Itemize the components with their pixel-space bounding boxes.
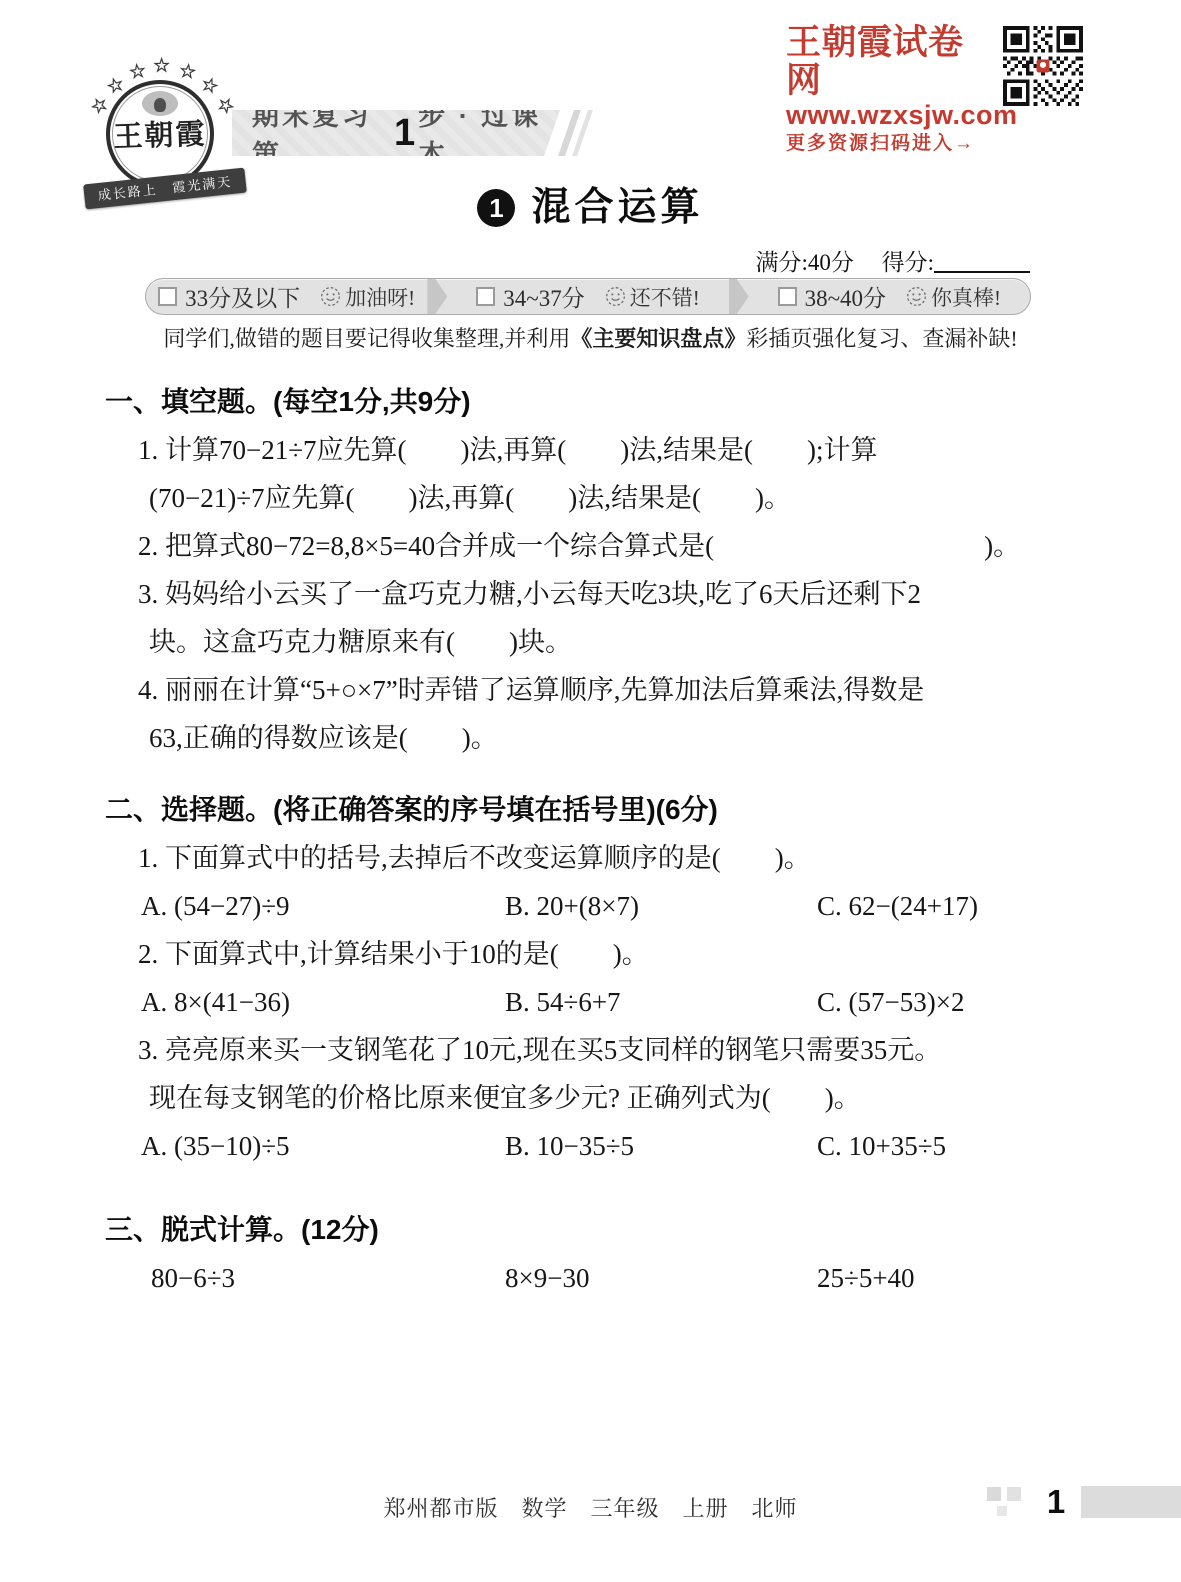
- smiley-icon: [320, 286, 341, 307]
- option-c: C. 62−(24+17): [817, 882, 978, 930]
- options-row: A. 8×(41−36) B. 54÷6+7 C. (57−53)×2: [105, 978, 1085, 1026]
- score-band: 33分及以下 加油呀! 34~37分 还不错! 38~40分 你真棒!: [145, 278, 1031, 315]
- page-number-corner: 1: [981, 1482, 1181, 1524]
- worksheet-page: ★ ★ ★ ★ ★ ★ ★ 王朝霞 成长路上 霞光满天 期末复习第 1 步 · …: [0, 0, 1181, 1582]
- band-chevron-divider: [729, 279, 749, 314]
- score-range-label: 38~40分: [805, 280, 886, 313]
- calculation-expression: 8×9−30: [505, 1254, 589, 1302]
- score-range-label: 33分及以下: [185, 280, 300, 313]
- section-heading-multiple-choice: 二、选择题。(将正确答案的序号填在括号里)(6分): [105, 786, 1085, 834]
- options-row: A. (54−27)÷9 B. 20+(8×7) C. 62−(24+17): [105, 882, 1085, 930]
- corner-square-decoration: [997, 1506, 1007, 1516]
- banner-suffix: 步 · 过课本: [418, 94, 560, 172]
- option-b: B. 20+(8×7): [505, 882, 639, 930]
- banner-step-number: 1: [394, 110, 415, 156]
- section-heading-step-calculation: 三、脱式计算。(12分): [105, 1206, 1085, 1254]
- question-line: 块。这盒巧克力糖原来有( )块。: [105, 618, 1085, 666]
- star-icon: ★: [129, 61, 147, 83]
- score-blank-field[interactable]: [934, 251, 1030, 273]
- question-line: 3. 妈妈给小云买了一盒巧克力糖,小云每天吃3块,吃了6天后还剩下2: [105, 570, 1085, 618]
- lesson-number-badge: 1: [477, 189, 515, 227]
- smiley-icon: [906, 286, 927, 307]
- tip-book-title: 《主要知识盘点》: [570, 326, 746, 351]
- corner-square-decoration: [987, 1487, 1001, 1501]
- band-chevron-divider: [427, 279, 447, 314]
- calculation-expression: 80−6÷3: [151, 1254, 235, 1302]
- score-checkbox-high[interactable]: [778, 287, 797, 306]
- praise-label: 你真棒!: [931, 282, 1001, 312]
- score-checkbox-low[interactable]: [158, 287, 177, 306]
- praise-label: 加油呀!: [345, 282, 415, 312]
- calculation-expression: 25÷5+40: [817, 1254, 915, 1302]
- score-band-segment: 33分及以下 加油呀!: [146, 280, 427, 313]
- step-banner: 期末复习第 1 步 · 过课本: [232, 110, 560, 156]
- question-line: 3. 亮亮原来买一支钢笔花了10元,现在买5支同样的钢笔只需要35元。: [105, 1026, 1085, 1074]
- option-c: C. (57−53)×2: [817, 978, 964, 1026]
- question-line: 4. 丽丽在计算“5+○×7”时弄错了运算顺序,先算加法后算乘法,得数是: [105, 666, 1085, 714]
- option-a: A. (35−10)÷5: [141, 1122, 290, 1170]
- tip-text: 同学们,做错的题目要记得收集整理,并利用: [163, 326, 570, 351]
- smiley-icon: [605, 286, 626, 307]
- praise-label: 还不错!: [630, 282, 700, 312]
- option-b: B. 54÷6+7: [505, 978, 621, 1026]
- option-c: C. 10+35÷5: [817, 1122, 946, 1170]
- question-line: 1. 计算70−21÷7应先算( )法,再算( )法,结果是( );计算: [105, 426, 1085, 474]
- tip-text: 彩插页强化复习、查漏补缺!: [746, 326, 1017, 351]
- score-range-label: 34~37分: [503, 280, 584, 313]
- option-a: A. 8×(41−36): [141, 978, 290, 1026]
- lesson-title-text: 混合运算: [531, 186, 703, 229]
- question-line: 1. 下面算式中的括号,去掉后不改变运算顺序的是( )。: [105, 834, 1085, 882]
- brand-qr-hint: 更多资源扫码进入→: [786, 131, 998, 157]
- logo-name: 王朝霞: [109, 118, 210, 153]
- brand-box: 王朝霞试卷网 www.wzxsjw.com 更多资源扫码进入→: [786, 24, 998, 157]
- section-heading-fill-blank: 一、填空题。(每空1分,共9分): [105, 378, 1085, 426]
- portrait-head-shape: [154, 98, 166, 112]
- portrait-icon: [142, 91, 178, 116]
- star-icon: ★: [154, 56, 169, 76]
- brand-site-name: 王朝霞试卷网: [786, 24, 998, 100]
- score-checkbox-mid[interactable]: [476, 287, 495, 306]
- star-icon: ★: [88, 94, 111, 119]
- star-icon: ★: [179, 61, 197, 83]
- question-line: 63,正确的得数应该是( )。: [105, 714, 1085, 762]
- expressions-row: 80−6÷3 8×9−30 25÷5+40: [105, 1254, 1085, 1302]
- score-band-segment: 38~40分 你真棒!: [749, 280, 1030, 313]
- question-line: 现在每支钢笔的价格比原来便宜多少元? 正确列式为( )。: [105, 1074, 1085, 1122]
- worksheet-content: 一、填空题。(每空1分,共9分) 1. 计算70−21÷7应先算( )法,再算(…: [105, 378, 1085, 1302]
- corner-square-decoration: [1007, 1487, 1021, 1501]
- full-score-label: 满分:40分: [755, 250, 853, 275]
- page-number: 1: [1033, 1482, 1079, 1522]
- question-line: (70−21)÷7应先算( )法,再算( )法,结果是( )。: [105, 474, 1085, 522]
- options-row: A. (35−10)÷5 B. 10−35÷5 C. 10+35÷5: [105, 1122, 1085, 1170]
- question-line: 2. 下面算式中,计算结果小于10的是( )。: [105, 930, 1085, 978]
- star-icon: ★: [199, 74, 220, 98]
- brand-site-url: www.wzxsjw.com: [786, 100, 998, 131]
- score-band-segment: 34~37分 还不错!: [447, 280, 728, 313]
- score-label: 得分:: [882, 250, 934, 275]
- study-tip: 同学们,做错的题目要记得收集整理,并利用《主要知识盘点》彩插页强化复习、查漏补缺…: [0, 322, 1181, 353]
- banner-prefix: 期末复习第: [252, 94, 391, 172]
- option-b: B. 10−35÷5: [505, 1122, 634, 1170]
- option-a: A. (54−27)÷9: [141, 882, 290, 930]
- question-line: 2. 把算式80−72=8,8×5=40合并成一个综合算式是( )。: [105, 522, 1085, 570]
- qr-code: [1003, 26, 1083, 106]
- page-title: 1混合运算: [0, 186, 1181, 230]
- score-line: 满分:40分 得分:: [755, 244, 1030, 277]
- corner-bar-decoration: [1081, 1486, 1181, 1518]
